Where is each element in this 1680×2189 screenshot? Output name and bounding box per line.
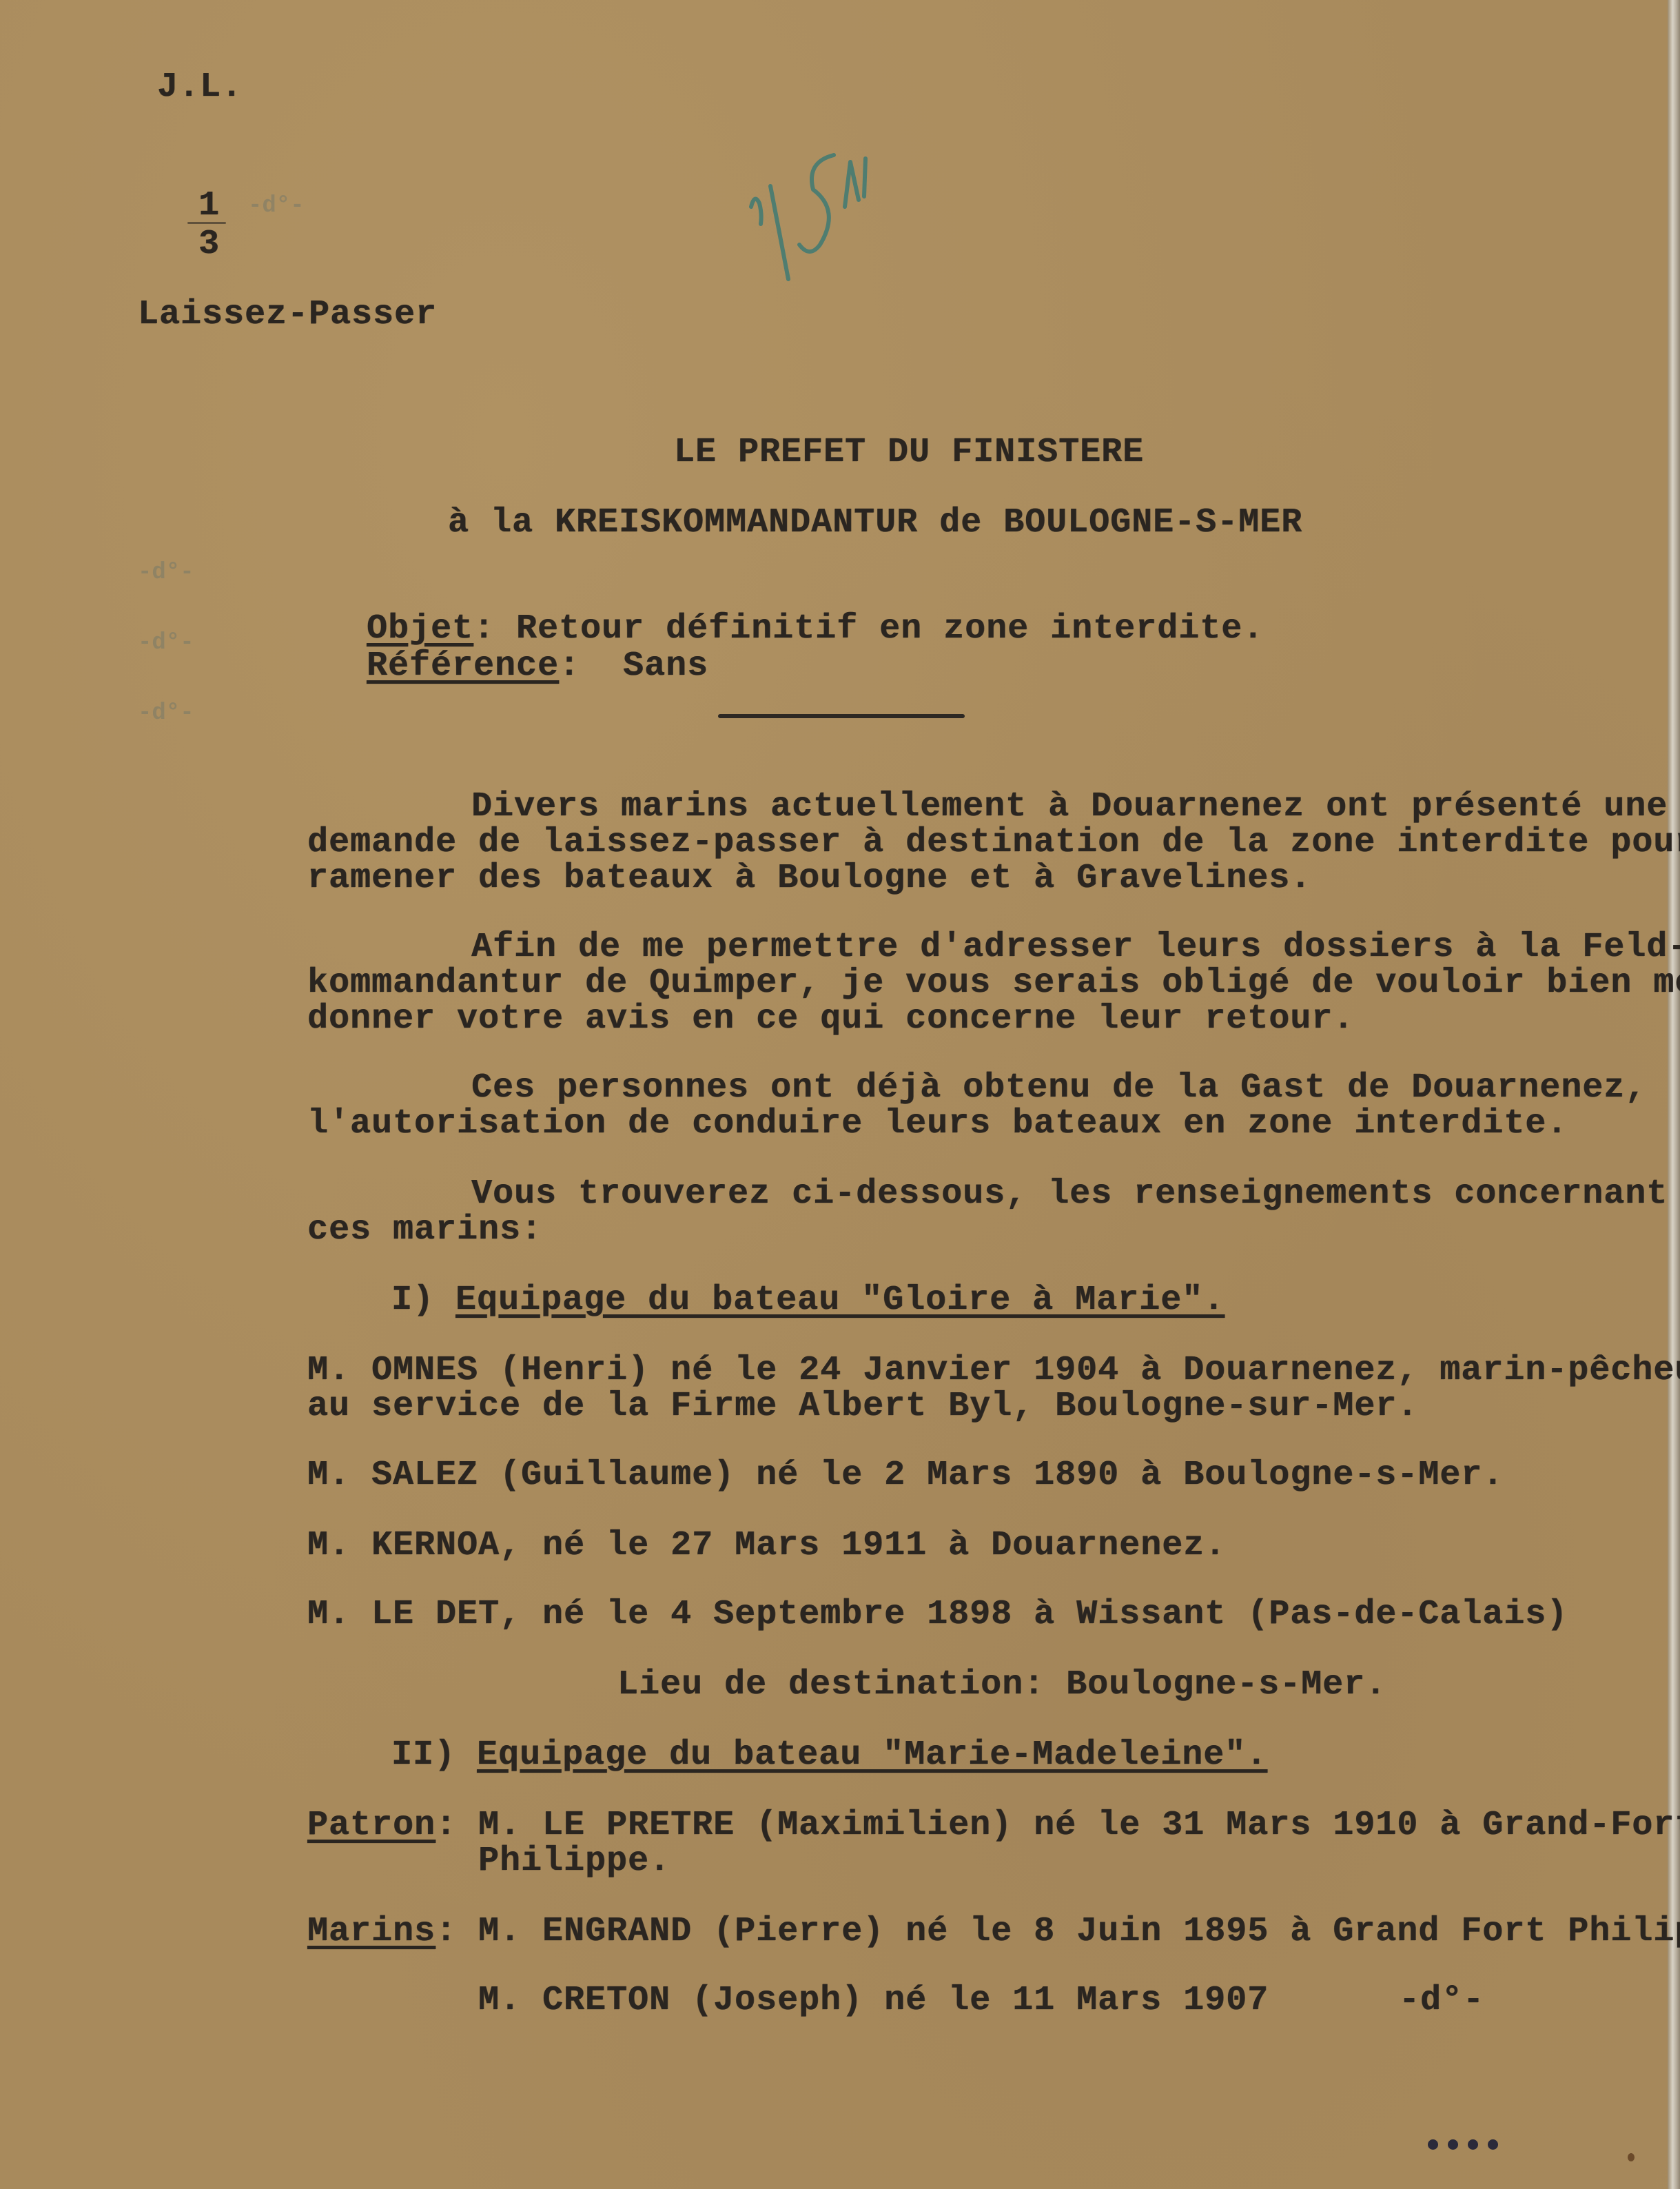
crew-member-salez: M. SALEZ (Guillaume) né le 2 Mars 1890 à…: [307, 1456, 1504, 1495]
handwritten-annotation-mark: [724, 131, 930, 310]
ghost-ditto-mark: -d°-: [138, 700, 194, 726]
ghost-ditto-mark: -d°-: [248, 193, 305, 219]
patron-value: : M. LE PRETRE (Maximilien) né le 31 Mar…: [436, 1806, 1680, 1845]
separator-rule: [718, 714, 965, 718]
paragraph-1-line-2: demande de laissez-passer à destination …: [307, 823, 1680, 862]
paragraph-3-line-1: Ces personnes ont déjà obtenu de la Gast…: [471, 1068, 1646, 1108]
reference-number-top: 1: [198, 186, 220, 225]
reference-line: Référence: Sans: [367, 646, 708, 686]
crew-member-omnes-line-2: au service de la Firme Albert Byl, Boulo…: [307, 1387, 1418, 1426]
marins-line-1: Marins: M. ENGRAND (Pierre) né le 8 Juin…: [307, 1912, 1680, 1951]
paragraph-3-line-2: l'autorisation de conduire leurs bateaux…: [307, 1104, 1568, 1143]
continuation-dot: [1428, 2139, 1438, 2150]
paragraph-1-line-1: Divers marins actuellement à Douarnenez …: [471, 787, 1668, 826]
paragraph-2-line-3: donner votre avis en ce qui concerne leu…: [307, 999, 1354, 1039]
continuation-dot: [1468, 2139, 1478, 2150]
marins-label: Marins: [307, 1912, 436, 1951]
section-title: Equipage du bateau "Marie-Madeleine".: [477, 1735, 1267, 1775]
continuation-dot: [1488, 2139, 1498, 2150]
reference-value: : Sans: [559, 646, 708, 686]
section-number: I): [391, 1281, 434, 1320]
ghost-ditto-mark: -d°-: [138, 630, 194, 656]
patron-line-1: Patron: M. LE PRETRE (Maximilien) né le …: [307, 1806, 1680, 1845]
objet-line: Objet: Retour définitif en zone interdit…: [367, 609, 1264, 649]
destination-line: Lieu de destination: Boulogne-s-Mer.: [617, 1665, 1386, 1704]
continuation-dot: [1448, 2139, 1458, 2150]
paragraph-2-line-2: kommandantur de Quimper, je vous serais …: [307, 964, 1680, 1003]
continuation-marker: [1428, 2139, 1498, 2150]
crew-section-2-heading: II) Equipage du bateau "Marie-Madeleine"…: [391, 1735, 1267, 1775]
reference-label: Référence: [367, 646, 559, 686]
recipient-line: à la KREISKOMMANDANTUR de BOULOGNE-S-MER: [448, 503, 1302, 542]
section-title: Equipage du bateau "Gloire à Marie".: [455, 1281, 1225, 1320]
crew-member-kernoa: M. KERNOA, né le 27 Mars 1911 à Douarnen…: [307, 1526, 1226, 1565]
marins-value: : M. ENGRAND (Pierre) né le 8 Juin 1895 …: [436, 1912, 1680, 1951]
objet-label: Objet: [367, 609, 473, 649]
patron-label: Patron: [307, 1806, 436, 1845]
crew-member-le-det: M. LE DET, né le 4 Septembre 1898 à Wiss…: [307, 1595, 1568, 1634]
section-number: II): [391, 1735, 455, 1775]
ghost-ditto-mark: -d°-: [138, 560, 194, 586]
reference-number-bottom: 3: [198, 225, 220, 264]
subject-tag: Laissez-Passer: [138, 295, 437, 334]
patron-line-2: Philippe.: [478, 1842, 670, 1881]
ditto-mark: -d°-: [1399, 1981, 1484, 2020]
paper-stain: [1628, 2153, 1635, 2161]
page-edge: [1668, 0, 1680, 2189]
paragraph-2-line-1: Afin de me permettre d'adresser leurs do…: [471, 928, 1680, 967]
crew-section-1-heading: I) Equipage du bateau "Gloire à Marie".: [391, 1281, 1225, 1320]
author-initials: J.L.: [157, 68, 243, 107]
sender-title: LE PREFET DU FINISTERE: [674, 433, 1144, 472]
paragraph-4-line-1: Vous trouverez ci-dessous, les renseigne…: [471, 1174, 1668, 1214]
paragraph-4-line-2: ces marins:: [307, 1210, 542, 1250]
paragraph-1-line-3: ramener des bateaux à Boulogne et à Grav…: [307, 859, 1311, 898]
crew-member-omnes-line-1: M. OMNES (Henri) né le 24 Janvier 1904 à…: [307, 1351, 1680, 1390]
marins-line-2: M. CRETON (Joseph) né le 11 Mars 1907: [478, 1981, 1269, 2020]
fraction-bar: [187, 222, 226, 224]
objet-value: : Retour définitif en zone interdite.: [473, 609, 1264, 649]
